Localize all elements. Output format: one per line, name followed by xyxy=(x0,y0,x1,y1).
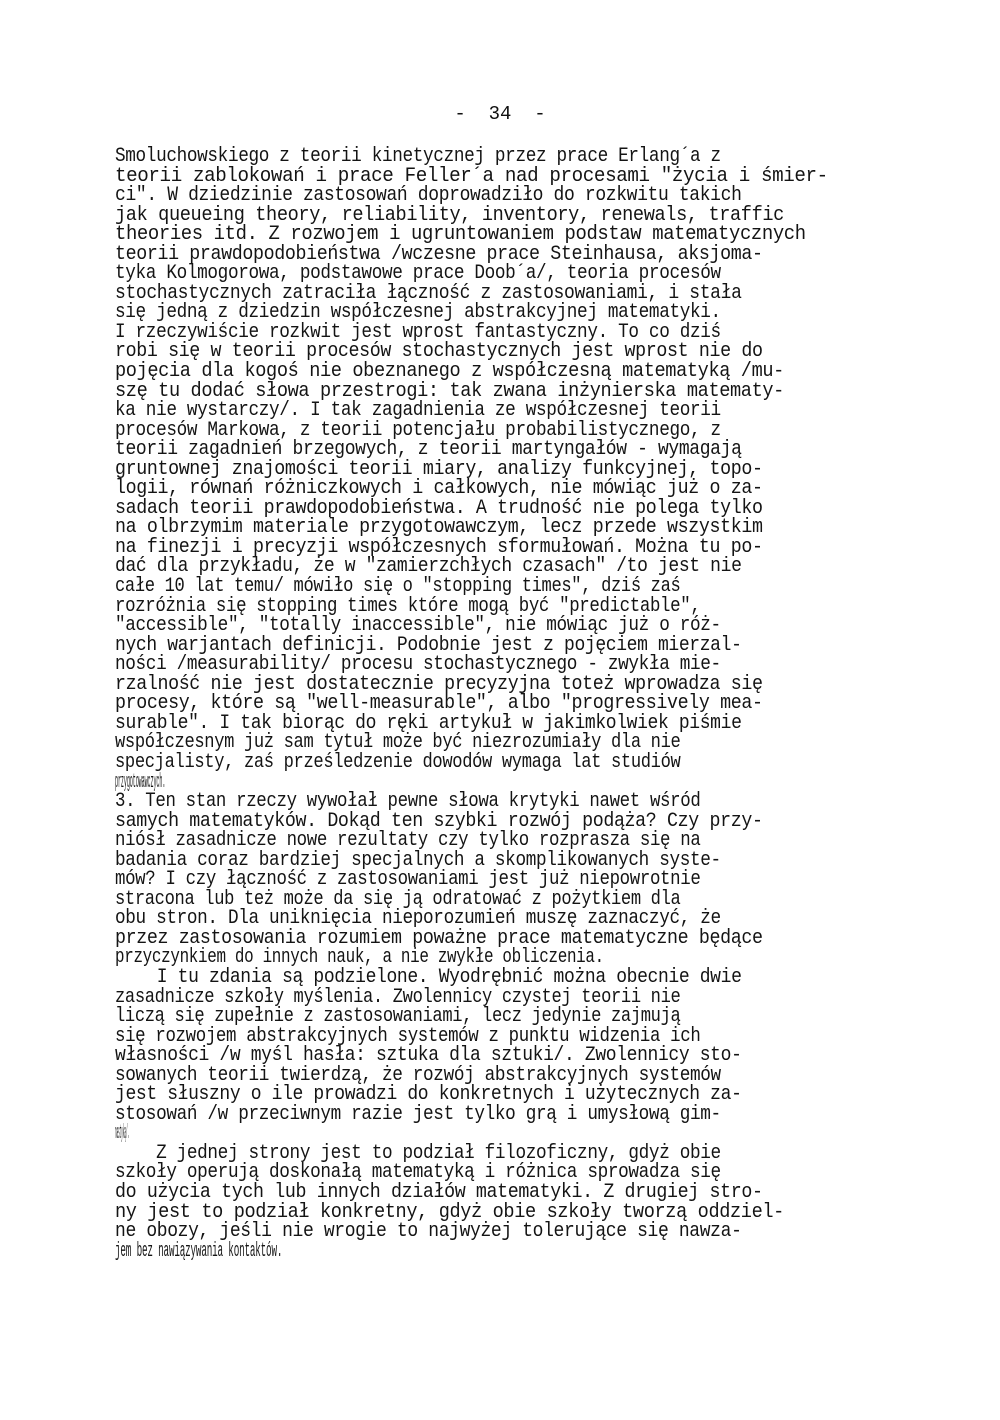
text-line: jem bez nawiązywania kontaktów. xyxy=(115,1242,487,1262)
typewritten-body-text: Smoluchowskiego z teorii kinetycznej prz… xyxy=(115,147,915,1261)
page-number: - 34 - xyxy=(0,103,1000,125)
text-line: specjalisty, zaś prześledzenie dowodów w… xyxy=(115,753,799,773)
text-line: stosowań /w przeciwnym razie jest tylko … xyxy=(115,1105,823,1125)
